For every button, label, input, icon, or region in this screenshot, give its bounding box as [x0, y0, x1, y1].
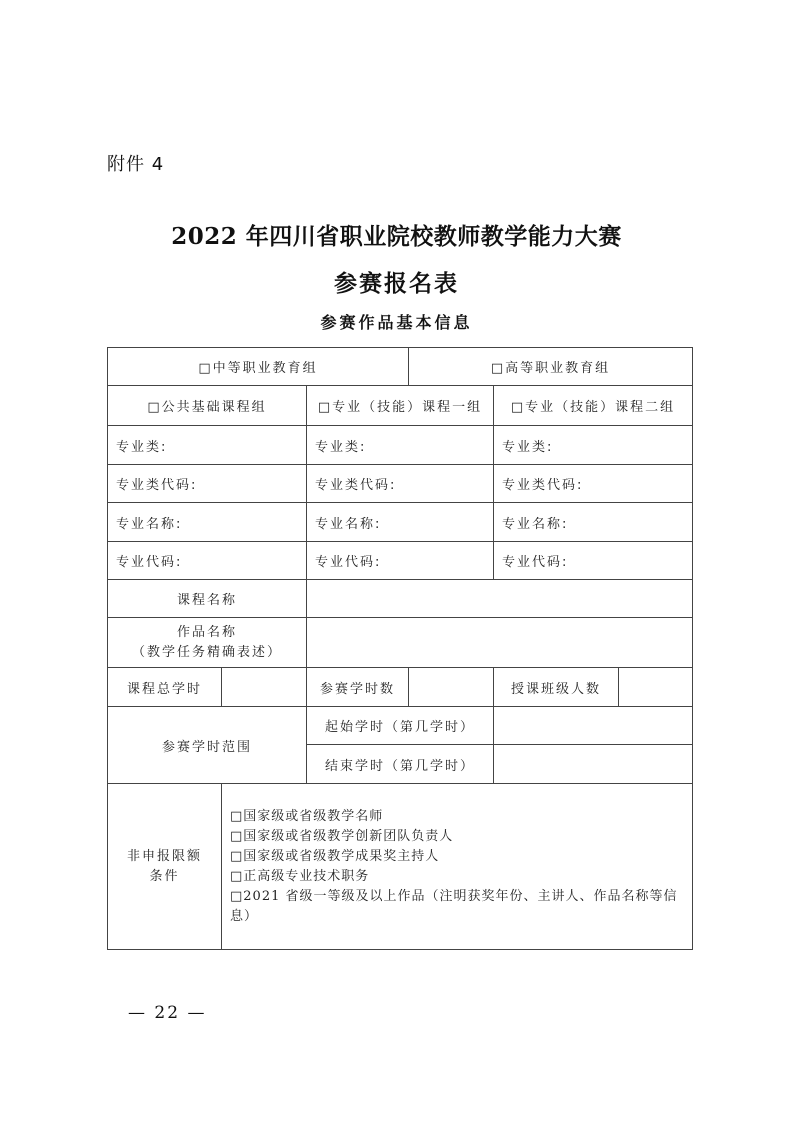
- end-hour-label: 结束学时（第几学时）: [306, 744, 494, 784]
- major-category-field-3[interactable]: 专业类:: [493, 425, 693, 465]
- higher-vocational-checkbox[interactable]: □高等职业教育组: [408, 347, 693, 386]
- contest-hours-range-label: 参赛学时范围: [107, 706, 307, 784]
- major-category-field-2[interactable]: 专业类:: [306, 425, 494, 465]
- major-course-group1-checkbox[interactable]: □专业（技能）课程一组: [306, 385, 494, 426]
- contest-hours-input[interactable]: [408, 667, 494, 707]
- exemption-option-teaching-award[interactable]: □国家级或省级教学成果奖主持人: [230, 847, 439, 867]
- exemption-option-senior-title[interactable]: □正高级专业技术职务: [230, 867, 369, 887]
- exemption-option-innovation-team[interactable]: □国家级或省级教学创新团队负责人: [230, 827, 453, 847]
- major-name-field-2[interactable]: 专业名称:: [306, 502, 494, 542]
- course-name-input[interactable]: [306, 579, 693, 618]
- major-category-code-field-1[interactable]: 专业类代码:: [107, 464, 307, 503]
- major-category-code-field-3[interactable]: 专业类代码:: [493, 464, 693, 503]
- major-code-field-2[interactable]: 专业代码:: [306, 541, 494, 580]
- page-title-line2: 参赛报名表: [0, 265, 793, 298]
- major-category-code-field-2[interactable]: 专业类代码:: [306, 464, 494, 503]
- work-name-label-line1: 作品名称: [177, 623, 237, 643]
- major-name-field-3[interactable]: 专业名称:: [493, 502, 693, 542]
- class-size-input[interactable]: [618, 667, 693, 707]
- total-hours-label: 课程总学时: [107, 667, 222, 707]
- exemption-label-line1: 非申报限额: [127, 847, 202, 867]
- major-name-field-1[interactable]: 专业名称:: [107, 502, 307, 542]
- section-subtitle: 参赛作品基本信息: [0, 310, 793, 333]
- work-name-input[interactable]: [306, 617, 693, 668]
- exemption-label: 非申报限额 条件: [107, 783, 222, 950]
- contest-hours-label: 参赛学时数: [306, 667, 409, 707]
- end-hour-input[interactable]: [493, 744, 693, 784]
- major-code-field-1[interactable]: 专业代码:: [107, 541, 307, 580]
- major-code-field-3[interactable]: 专业代码:: [493, 541, 693, 580]
- class-size-label: 授课班级人数: [493, 667, 619, 707]
- major-category-field-1[interactable]: 专业类:: [107, 425, 307, 465]
- page-number: — 22 —: [128, 1003, 206, 1023]
- registration-form-table: □中等职业教育组 □高等职业教育组 □公共基础课程组 □专业（技能）课程一组 □…: [107, 347, 693, 950]
- exemption-label-line2: 条件: [149, 867, 179, 887]
- attachment-label: 附件 4: [107, 150, 164, 176]
- exemption-option-national-teacher[interactable]: □国家级或省级教学名师: [230, 807, 383, 827]
- secondary-vocational-checkbox[interactable]: □中等职业教育组: [107, 347, 409, 386]
- work-name-label: 作品名称 （教学任务精确表述）: [107, 617, 307, 668]
- work-name-label-line2: （教学任务精确表述）: [132, 643, 282, 663]
- public-course-checkbox[interactable]: □公共基础课程组: [107, 385, 307, 426]
- major-course-group2-checkbox[interactable]: □专业（技能）课程二组: [493, 385, 693, 426]
- exemption-options: □国家级或省级教学名师 □国家级或省级教学创新团队负责人 □国家级或省级教学成果…: [221, 783, 693, 950]
- course-name-label: 课程名称: [107, 579, 307, 618]
- exemption-option-2021-award[interactable]: □2021 省级一等级及以上作品（注明获奖年份、主讲人、作品名称等信息）: [230, 887, 684, 927]
- total-hours-input[interactable]: [221, 667, 307, 707]
- page-title: 2022 年四川省职业院校教师教学能力大赛: [0, 218, 793, 251]
- start-hour-input[interactable]: [493, 706, 693, 745]
- start-hour-label: 起始学时（第几学时）: [306, 706, 494, 745]
